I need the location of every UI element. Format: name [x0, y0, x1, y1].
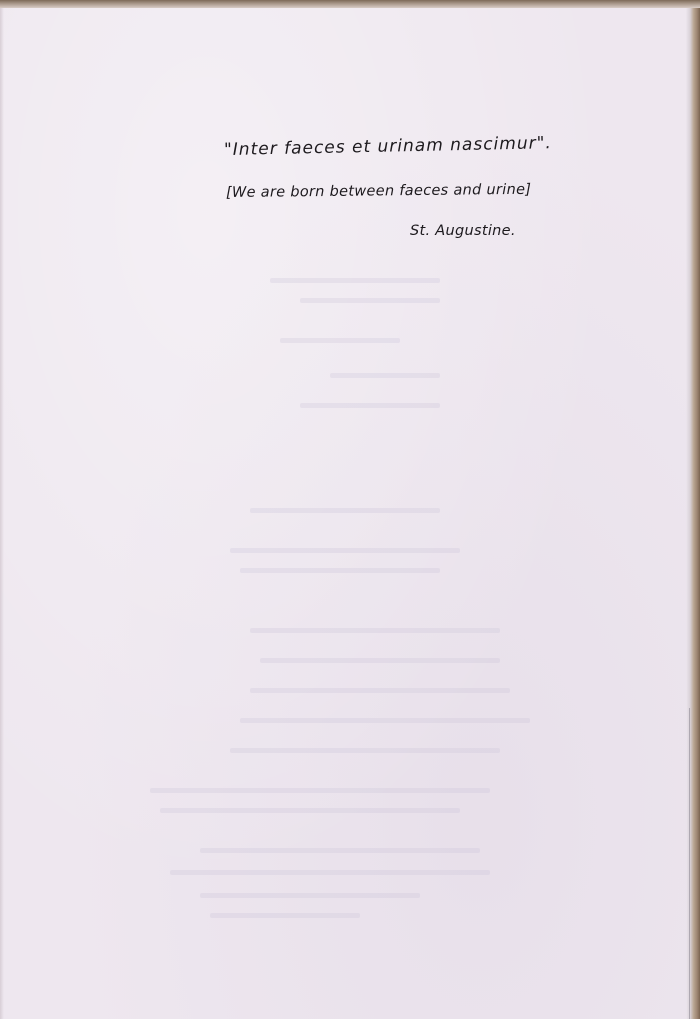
binding-top-edge	[0, 0, 700, 8]
bleed-through-texture	[0, 8, 688, 1019]
quote-translation: [We are born between faeces and urine]	[226, 182, 531, 201]
page-left-edge	[0, 8, 4, 1019]
paper-page	[0, 8, 688, 1019]
quote-attribution: St. Augustine.	[410, 223, 516, 239]
scanned-page: "Inter faeces et urinam nascimur". [We a…	[0, 0, 700, 1019]
page-stack-right-edge	[686, 8, 700, 1019]
